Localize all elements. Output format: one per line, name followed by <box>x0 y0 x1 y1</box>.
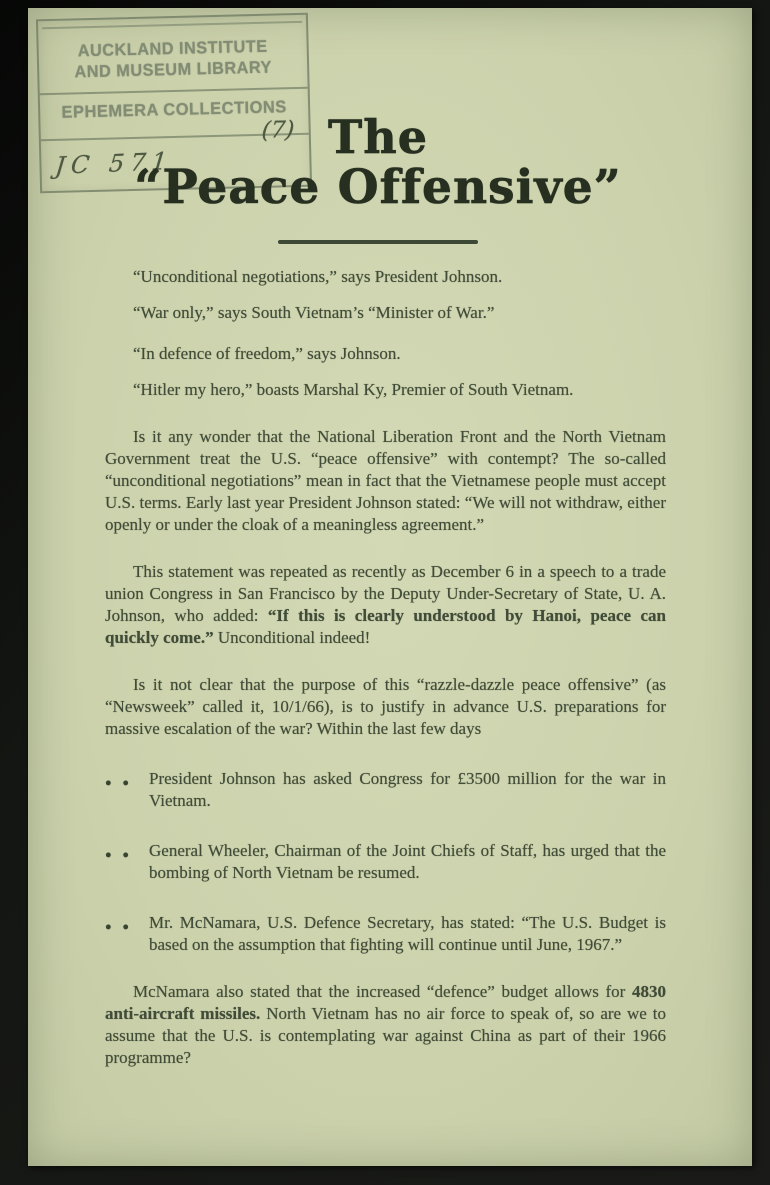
title-divider-rule <box>278 240 478 244</box>
paragraph: “Unconditional negotiations,” says Presi… <box>105 266 666 288</box>
bullet-text: President Johnson has asked Congress for… <box>149 768 666 812</box>
bullet-text: Mr. McNamara, U.S. Defence Secretary, ha… <box>149 912 666 956</box>
paragraph: Is it any wonder that the National Liber… <box>105 426 666 536</box>
body-text: “Unconditional negotiations,” says Presi… <box>105 266 666 1069</box>
paragraph: “In defence of freedom,” says Johnson. <box>105 343 666 365</box>
scan-background: { "document": { "kind": "scanned-leaflet… <box>0 0 770 1185</box>
text-run: McNamara also stated that the increased … <box>133 982 632 1001</box>
text-run: “Hitler my hero,” boasts Marshal Ky, Pre… <box>133 380 573 399</box>
text-run: General Wheeler, Chairman of the Joint C… <box>149 841 666 882</box>
text-run: Is it not clear that the purpose of this… <box>105 675 666 738</box>
bullet-item: ● ●Mr. McNamara, U.S. Defence Secretary,… <box>105 912 666 956</box>
bullet-item: ● ●President Johnson has asked Congress … <box>105 768 666 812</box>
paragraph: This statement was repeated as recently … <box>105 561 666 649</box>
text-run: “Unconditional negotiations,” says Presi… <box>133 267 502 286</box>
bullet-marker: ● ● <box>105 840 149 884</box>
paragraph: “Hitler my hero,” boasts Marshal Ky, Pre… <box>105 379 666 401</box>
paragraph: “War only,” says South Vietnam’s “Minist… <box>105 302 666 324</box>
paragraph: McNamara also stated that the increased … <box>105 981 666 1069</box>
page-title-line1: The <box>16 112 740 162</box>
page-title-line2: “Peace Offensive” <box>16 162 740 214</box>
title-block: The “Peace Offensive” <box>16 8 740 244</box>
leaflet-paper: AUCKLAND INSTITUTE AND MUSEUM LIBRARY EP… <box>28 8 752 1166</box>
bullet-marker: ● ● <box>105 912 149 956</box>
text-run: “In defence of freedom,” says Johnson. <box>133 344 401 363</box>
bullet-marker: ● ● <box>105 768 149 812</box>
text-run: President Johnson has asked Congress for… <box>149 769 666 810</box>
bullet-item: ● ●General Wheeler, Chairman of the Join… <box>105 840 666 884</box>
paragraph: Is it not clear that the purpose of this… <box>105 674 666 740</box>
text-run: Mr. McNamara, U.S. Defence Secretary, ha… <box>149 913 666 954</box>
text-run: “War only,” says South Vietnam’s “Minist… <box>133 303 494 322</box>
bullet-text: General Wheeler, Chairman of the Joint C… <box>149 840 666 884</box>
text-run: Unconditional indeed! <box>214 628 371 647</box>
text-run: Is it any wonder that the National Liber… <box>105 427 666 534</box>
